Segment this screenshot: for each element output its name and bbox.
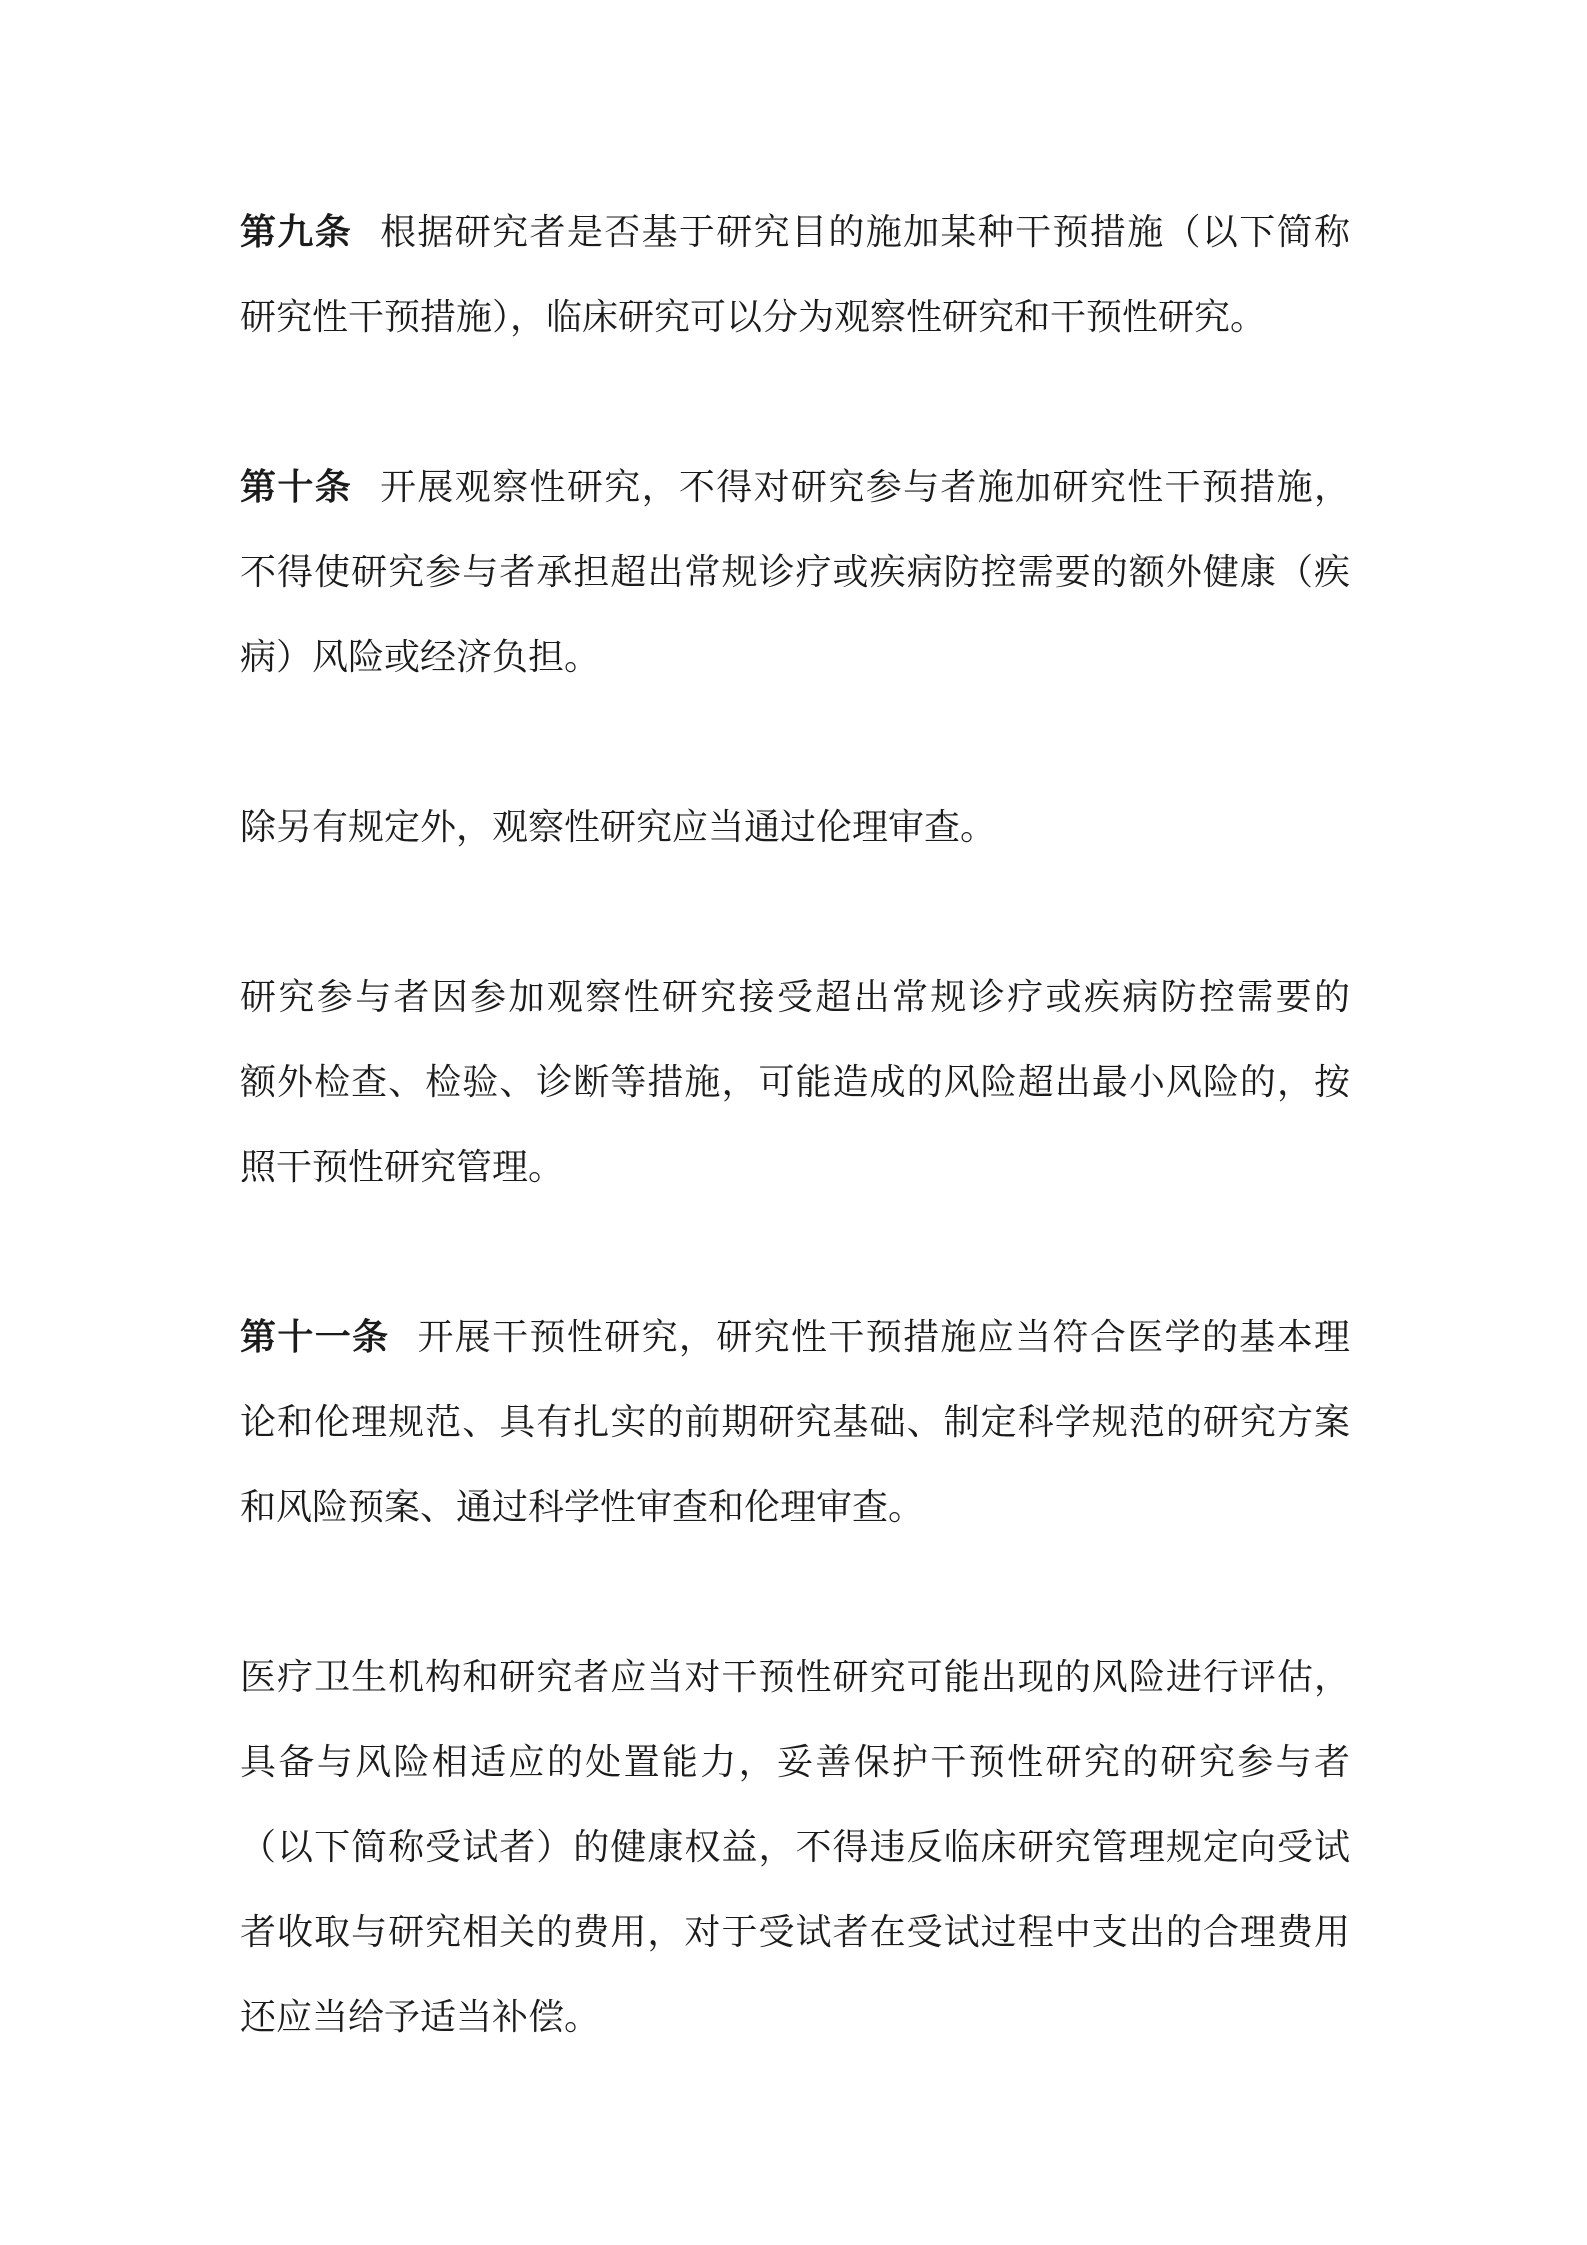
text-line: 者收取与研究相关的费用，对于受试者在受试过程中支出的合理费用 — [240, 1890, 1350, 1975]
text-line: 医疗卫生机构和研究者应当对干预性研究可能出现的风险进行评估， — [240, 1635, 1350, 1720]
text-run: （以下简称受试者）的健康权益，不得违反临床研究管理规定向受试 — [240, 1827, 1350, 1868]
text-run: 还应当给予适当补偿。 — [240, 1997, 600, 2038]
text-line: 除另有规定外，观察性研究应当通过伦理审查。 — [240, 785, 1350, 870]
article-number-label: 第十条 — [240, 466, 352, 508]
text-line: 病）风险或经济负担。 — [240, 615, 1350, 700]
text-line: 还应当给予适当补偿。 — [240, 1975, 1350, 2060]
text-line: 和风险预案、通过科学性审查和伦理审查。 — [240, 1465, 1350, 1550]
text-line: 论和伦理规范、具有扎实的前期研究基础、制定科学规范的研究方案 — [240, 1380, 1350, 1465]
text-line: 研究性干预措施），临床研究可以分为观察性研究和干预性研究。 — [240, 275, 1350, 360]
text-line: 第九条根据研究者是否基于研究目的施加某种干预措施（以下简称 — [240, 190, 1350, 275]
text-run: 者收取与研究相关的费用，对于受试者在受试过程中支出的合理费用 — [240, 1912, 1350, 1953]
text-run: 额外检查、检验、诊断等措施，可能造成的风险超出最小风险的，按 — [240, 1062, 1350, 1103]
text-run: 开展干预性研究，研究性干预措施应当符合医学的基本理 — [417, 1317, 1350, 1358]
text-line: 不得使研究参与者承担超出常规诊疗或疾病防控需要的额外健康（疾 — [240, 530, 1350, 615]
article-10-paragraph: 第十条开展观察性研究，不得对研究参与者施加研究性干预措施， 不得使研究参与者承担… — [240, 445, 1350, 700]
article-9-paragraph: 第九条根据研究者是否基于研究目的施加某种干预措施（以下简称 研究性干预措施），临… — [240, 190, 1350, 360]
text-line: 第十条开展观察性研究，不得对研究参与者施加研究性干预措施， — [240, 445, 1350, 530]
text-run: 医疗卫生机构和研究者应当对干预性研究可能出现的风险进行评估， — [240, 1657, 1350, 1698]
text-line: 研究参与者因参加观察性研究接受超出常规诊疗或疾病防控需要的 — [240, 955, 1350, 1040]
text-line: 第十一条开展干预性研究，研究性干预措施应当符合医学的基本理 — [240, 1295, 1350, 1380]
text-line: （以下简称受试者）的健康权益，不得违反临床研究管理规定向受试 — [240, 1805, 1350, 1890]
text-run: 具备与风险相适应的处置能力，妥善保护干预性研究的研究参与者 — [240, 1742, 1350, 1783]
article-number-label: 第九条 — [240, 211, 352, 253]
article-11-paragraph: 第十一条开展干预性研究，研究性干预措施应当符合医学的基本理 论和伦理规范、具有扎… — [240, 1295, 1350, 1550]
text-run: 根据研究者是否基于研究目的施加某种干预措施（以下简称 — [380, 212, 1350, 253]
text-run: 研究性干预措施），临床研究可以分为观察性研究和干预性研究。 — [240, 297, 1266, 338]
text-run: 不得使研究参与者承担超出常规诊疗或疾病防控需要的额外健康（疾 — [240, 552, 1350, 593]
article-number-label: 第十一条 — [240, 1316, 389, 1358]
ethics-review-paragraph: 除另有规定外，观察性研究应当通过伦理审查。 — [240, 785, 1350, 870]
document-page: 第九条根据研究者是否基于研究目的施加某种干预措施（以下简称 研究性干预措施），临… — [240, 190, 1350, 2060]
text-run: 除另有规定外，观察性研究应当通过伦理审查。 — [240, 807, 996, 848]
text-run: 病）风险或经济负担。 — [240, 637, 600, 678]
text-line: 照干预性研究管理。 — [240, 1125, 1350, 1210]
text-run: 研究参与者因参加观察性研究接受超出常规诊疗或疾病防控需要的 — [240, 977, 1350, 1018]
risk-assessment-paragraph: 医疗卫生机构和研究者应当对干预性研究可能出现的风险进行评估， 具备与风险相适应的… — [240, 1635, 1350, 2060]
text-run: 和风险预案、通过科学性审查和伦理审查。 — [240, 1487, 924, 1528]
text-run: 照干预性研究管理。 — [240, 1147, 564, 1188]
text-run: 论和伦理规范、具有扎实的前期研究基础、制定科学规范的研究方案 — [240, 1402, 1350, 1443]
text-line: 额外检查、检验、诊断等措施，可能造成的风险超出最小风险的，按 — [240, 1040, 1350, 1125]
text-run: 开展观察性研究，不得对研究参与者施加研究性干预措施， — [380, 467, 1350, 508]
text-line: 具备与风险相适应的处置能力，妥善保护干预性研究的研究参与者 — [240, 1720, 1350, 1805]
minimal-risk-paragraph: 研究参与者因参加观察性研究接受超出常规诊疗或疾病防控需要的 额外检查、检验、诊断… — [240, 955, 1350, 1210]
